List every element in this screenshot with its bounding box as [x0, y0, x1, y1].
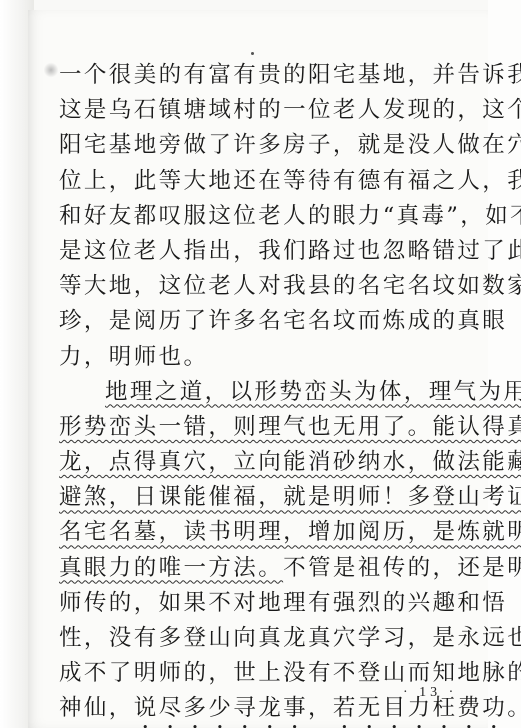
wavy-underlined-text: 龙，点得真穴，立向能消砂纳水，做法能藏风 — [59, 449, 521, 475]
emphasis-dotted-text: 说尽多少寻龙事，若无目力枉费功。 — [134, 695, 521, 721]
text-line: 位上，此等大地还在等待有德有福之人，我 — [59, 164, 459, 199]
text-line: 神仙，说尽多少寻龙事，若无目力枉费功。 — [59, 691, 459, 726]
text-line: 和好友都叹服这位老人的眼力“真毒”，如不 — [59, 199, 459, 234]
text-line: 这是乌石镇塘域村的一位老人发现的，这个 — [59, 93, 459, 128]
text-line: 形势峦头一错，则理气也无用了。能认得真 — [59, 410, 459, 445]
text-line: 珍，是阅历了许多名宅名坟而炼成的真眼 — [59, 304, 459, 339]
text-line: 阳宅基地旁做了许多房子，就是没人做在穴 — [59, 128, 459, 163]
body-text: 一个很美的有富有贵的阳宅基地，并告诉我 这是乌石镇塘域村的一位老人发现的，这个 … — [59, 58, 459, 727]
plain-text: 不管是祖传的，还是明 — [283, 555, 521, 581]
text-line: 等大地，这位老人对我县的名宅名坟如数家 — [59, 269, 459, 304]
text-line: 师传的，如果不对地理有强烈的兴趣和悟 — [59, 586, 459, 621]
text-line: 龙，点得真穴，立向能消砂纳水，做法能藏风 — [59, 445, 459, 480]
plain-text: 神仙， — [59, 695, 134, 721]
wavy-underlined-text: 真眼力的唯一方法。 — [59, 555, 283, 581]
text-line: 成不了明师的，世上没有不登山而知地脉的 — [59, 656, 459, 691]
text-line: 力，明师也。 — [59, 340, 459, 375]
wavy-underlined-text: 避煞，日课能催福，就是明师！多登山考证 — [59, 484, 521, 510]
text-line: 一个很美的有富有贵的阳宅基地，并告诉我 — [59, 58, 459, 93]
text-line: 是这位老人指出，我们路过也忽略错过了此 — [59, 234, 459, 269]
wavy-underlined-text: 形势峦头一错，则理气也无用了。能认得真 — [59, 414, 521, 440]
wavy-underlined-text: 名宅名墓，读书明理，增加阅历，是炼就明师 — [59, 519, 521, 545]
wavy-underlined-text: 地理之道，以形势峦头为体，理气为用， — [105, 379, 521, 405]
text-line: 真眼力的唯一方法。不管是祖传的，还是明 — [59, 551, 459, 586]
scan-smudge — [44, 62, 58, 78]
page-number: · 13 · — [403, 685, 457, 701]
text-line: 名宅名墓，读书明理，增加阅历，是炼就明师 — [59, 515, 459, 550]
text-line: 性，没有多登山向真龙真穴学习，是永远也 — [59, 621, 459, 656]
scan-speck — [251, 52, 254, 55]
text-line: 避煞，日课能催福，就是明师！多登山考证 — [59, 480, 459, 515]
paragraph-first-line: 地理之道，以形势峦头为体，理气为用， — [59, 375, 459, 410]
